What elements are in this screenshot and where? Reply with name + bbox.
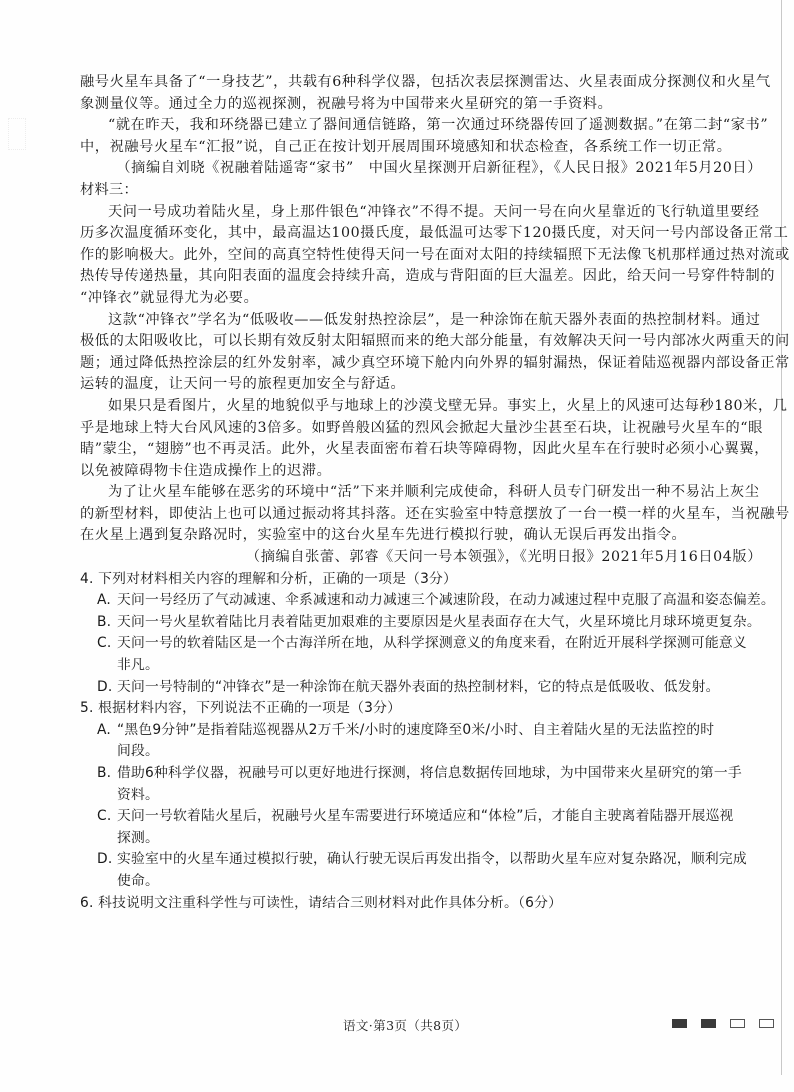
text-line: 乎是地球上特大台风风速的3倍多。如野兽般凶猛的烈风会掀起大量沙尘甚至石块，让祝融… [80,418,762,440]
exam-page: 融号火星车具备了“一身技艺”，共载有6种科学仪器，包括次表层探测雷达、火星表面成… [0,0,794,1092]
material2-paragraph-continued: 融号火星车具备了“一身技艺”，共载有6种科学仪器，包括次表层探测雷达、火星表面成… [80,72,762,115]
question-stem: 5. 根据材料内容，下列说法不正确的一项是（3分） [80,698,762,720]
text-line: “就在昨天，我和环绕器已建立了器间通信链路，第一次通过环绕器传回了遥测数据。”在… [80,115,762,137]
text-line: 热传导传递热量，其向阳表面的温度会持续升高，造成与背阳面的巨大温差。因此，给天问… [80,266,762,288]
page-mark-filled-icon [672,1019,687,1028]
text-line: 天问一号成功着陆火星，身上那件银色“冲锋衣”不得不提。天问一号在向火星靠近的飞行… [80,202,762,224]
option-4b[interactable]: B.天问一号火星软着陆比月表着陆更加艰难的主要原因是火星表面存在大气，火星环境比… [80,612,762,634]
text-line: 融号火星车具备了“一身技艺”，共载有6种科学仪器，包括次表层探测雷达、火星表面成… [80,72,762,94]
page-mark-empty-icon [759,1019,774,1028]
text-line: 为了让火星车能够在恶劣的环境中“活”下来并顺利完成使命，科研人员专门研发出一种不… [80,482,762,504]
page-footer-label: 语文·第3页（共8页） [343,1016,467,1034]
option-5a[interactable]: A.“黑色9分钟”是指着陆巡视器从2万千米/小时的速度降至0米/小时、自主着陆火… [80,720,762,742]
text-line: 睛”蒙尘，“翅膀”也不再灵活。此外，火星表面密布着石块等障碍物，因此火星车在行驶… [80,439,762,461]
option-text-continued: 资料。 [80,785,762,807]
material3-citation: （摘编自张蕾、郭睿《天问一号本领强》，《光明日报》2021年5月16日04版） [80,547,762,569]
text-line: 中，祝融号火星车“汇报”说，自己正在按计划开展周围环境感知和状态检查，各系统工作… [80,137,762,159]
option-label: C. [97,633,117,655]
option-text-continued: 探测。 [80,828,762,850]
option-text-continued: 非凡。 [80,655,762,677]
scan-bleed-mark [8,118,26,150]
page-mark-filled-icon [701,1019,716,1028]
option-text-continued: 使命。 [80,871,762,893]
page-content: 融号火星车具备了“一身技艺”，共载有6种科学仪器，包括次表层探测雷达、火星表面成… [80,72,762,914]
material3-paragraph-2: 这款“冲锋衣”学名为“低吸收——低发射热控涂层”，是一种涂饰在航天器外表面的热控… [80,310,762,396]
option-text: “黑色9分钟”是指着陆巡视器从2万千米/小时的速度降至0米/小时、自主着陆火星的… [117,722,714,738]
text-line: 运转的温度，让天问一号的旅程更加安全与舒适。 [80,374,762,396]
page-edge-rule [781,0,782,1075]
option-4a[interactable]: A.天问一号经历了气动减速、伞系减速和动力减速三个减速阶段，在动力减速过程中克服… [80,590,762,612]
material3-paragraph-4: 为了让火星车能够在恶劣的环境中“活”下来并顺利完成使命，科研人员专门研发出一种不… [80,482,762,547]
option-label: B. [97,763,117,785]
material3-label: 材料三： [80,180,762,202]
option-label: D. [97,849,117,871]
page-mark-empty-icon [730,1019,745,1028]
text-line: 作的影响极大。此外，空间的高真空特性使得天问一号在面对太阳的持续辐照下无法像飞机… [80,245,762,267]
option-text: 实验室中的火星车通过模拟行驶，确认行驶无误后再发出指令，以帮助火星车应对复杂路况… [117,851,747,867]
option-4c[interactable]: C.天问一号的软着陆区是一个古海洋所在地，从科学探测意义的角度来看，在附近开展科… [80,633,762,655]
text-line: 象测量仪等。通过全力的巡视探测，祝融号将为中国带来火星研究的第一手资料。 [80,94,762,116]
text-line: 这款“冲锋衣”学名为“低吸收——低发射热控涂层”，是一种涂饰在航天器外表面的热控… [80,310,762,332]
option-text: 天问一号软着陆火星后，祝融号火星车需要进行环境适应和“体检”后，才能自主驶离着陆… [117,808,734,824]
question-6: 6. 科技说明文注重科学性与可读性，请结合三则材料对此作具体分析。（6分） [80,893,762,915]
text-line: 在火星上遇到复杂路况时，实验室中的这台火星车先进行模拟行驶，确认无误后再发出指令… [80,525,762,547]
text-line: “冲锋衣”就显得尤为必要。 [80,288,762,310]
option-label: B. [97,612,117,634]
option-text: 天问一号的软着陆区是一个古海洋所在地，从科学探测意义的角度来看，在附近开展科学探… [117,635,747,651]
text-line: 以免被障碍物卡住造成操作上的迟滞。 [80,461,762,483]
question-stem: 4. 下列对材料相关内容的理解和分析，正确的一项是（3分） [80,569,762,591]
option-text: 天问一号特制的“冲锋衣”是一种涂饰在航天器外表面的热控制材料，它的特点是低吸收、… [117,679,720,695]
material2-paragraph: “就在昨天，我和环绕器已建立了器间通信链路，第一次通过环绕器传回了遥测数据。”在… [80,115,762,158]
text-line: 题；通过降低热控涂层的红外发射率，减少真空环境下舱内向外界的辐射漏热，保证着陆巡… [80,353,762,375]
question-4: 4. 下列对材料相关内容的理解和分析，正确的一项是（3分） A.天问一号经历了气… [80,569,762,699]
material3-paragraph-3: 如果只是看图片，火星的地貌似乎与地球上的沙漠戈壁无异。事实上，火星上的风速可达每… [80,396,762,482]
text-line: 的新型材料，即使沾上也可以通过振动将其抖落。还在实验室中特意摆放了一台一模一样的… [80,504,762,526]
option-text: 天问一号经历了气动减速、伞系减速和动力减速三个减速阶段，在动力减速过程中克服了高… [117,592,775,608]
question-stem: 6. 科技说明文注重科学性与可读性，请结合三则材料对此作具体分析。（6分） [80,893,762,915]
option-text: 借助6种科学仪器，祝融号可以更好地进行探测，将信息数据传回地球，为中国带来火星研… [117,765,742,781]
option-label: A. [97,720,117,742]
option-text: 天问一号火星软着陆比月表着陆更加艰难的主要原因是火星表面存在大气，火星环境比月球… [117,614,761,630]
option-5b[interactable]: B.借助6种科学仪器，祝融号可以更好地进行探测，将信息数据传回地球，为中国带来火… [80,763,762,785]
option-5d[interactable]: D.实验室中的火星车通过模拟行驶，确认行驶无误后再发出指令，以帮助火星车应对复杂… [80,849,762,871]
option-5c[interactable]: C.天问一号软着陆火星后，祝融号火星车需要进行环境适应和“体检”后，才能自主驶离… [80,806,762,828]
option-4d[interactable]: D.天问一号特制的“冲锋衣”是一种涂饰在航天器外表面的热控制材料，它的特点是低吸… [80,677,762,699]
footer-page-marks [672,1019,774,1028]
option-label: A. [97,590,117,612]
text-line: 如果只是看图片，火星的地貌似乎与地球上的沙漠戈壁无异。事实上，火星上的风速可达每… [80,396,762,418]
material3-paragraph-1: 天问一号成功着陆火星，身上那件银色“冲锋衣”不得不提。天问一号在向火星靠近的飞行… [80,202,762,310]
option-text-continued: 间段。 [80,741,762,763]
text-line: 极低的太阳吸收比，可以长期有效反射太阳辐照而来的绝大部分能量，有效解决天问一号内… [80,331,762,353]
text-line: 历多次温度循环变化，其中，最高温达100摄氏度，最低温可达零下120摄氏度，对天… [80,223,762,245]
option-label: D. [97,677,117,699]
option-label: C. [97,806,117,828]
material2-citation: （摘编自刘晓《祝融着陆遥寄“家书” 中国火星探测开启新征程》，《人民日报》202… [80,158,762,180]
question-5: 5. 根据材料内容，下列说法不正确的一项是（3分） A.“黑色9分钟”是指着陆巡… [80,698,762,892]
